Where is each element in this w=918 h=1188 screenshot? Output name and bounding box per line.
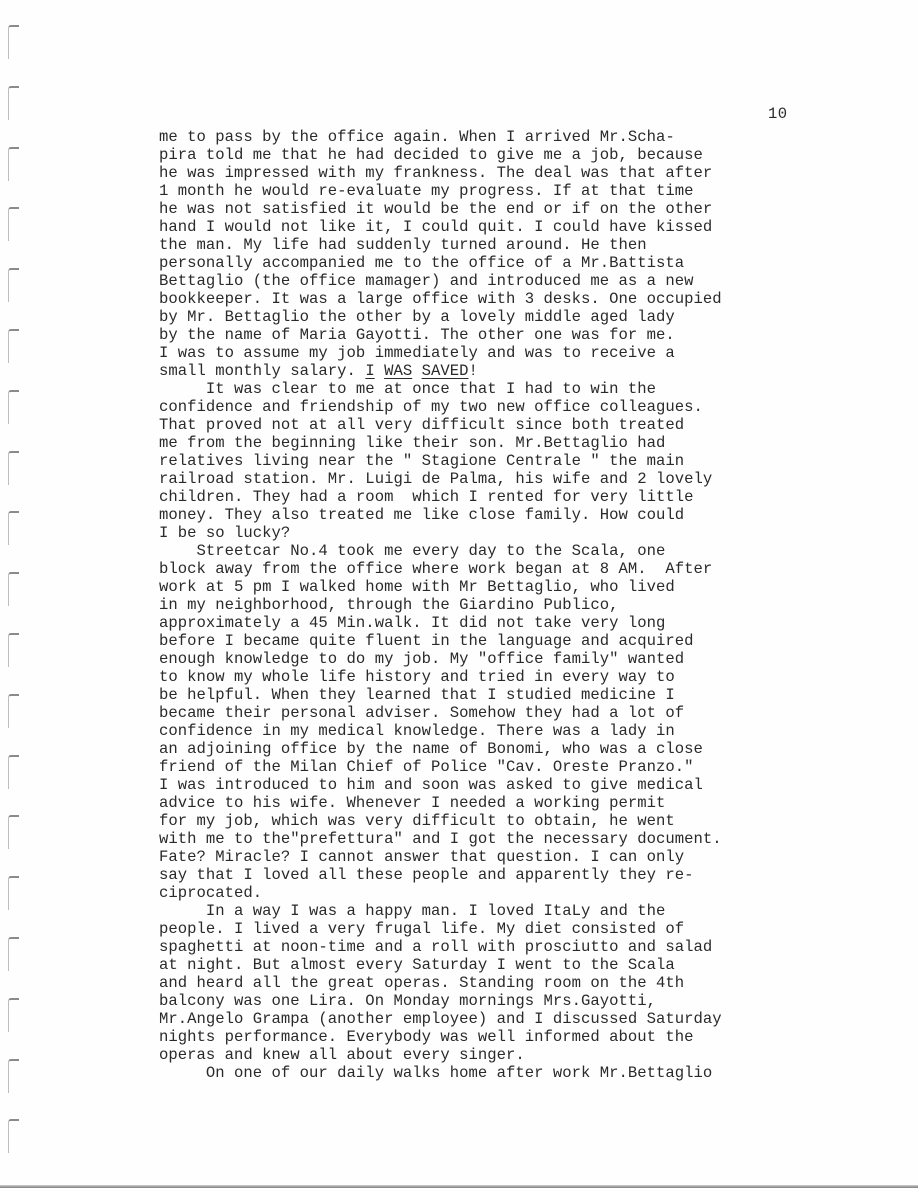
text-line: operas and knew all about every singer. [159,1046,859,1064]
text-line: Mr.Angelo Grampa (another employee) and … [159,1010,859,1028]
text-line: approximately a 45 Min.walk. It did not … [159,614,859,632]
text-line: personally accompanied me to the office … [159,254,859,272]
text-line: Fate? Miracle? I cannot answer that ques… [159,848,859,866]
text-line: by the name of Maria Gayotti. The other … [159,326,859,344]
binding-hole-mark [8,390,19,424]
text-line: I be so lucky? [159,524,859,542]
binding-hole-mark [8,998,19,1032]
text-line: to know my whole life history and tried … [159,668,859,686]
binding-hole-mark [8,1059,19,1093]
binding-hole-mark [8,329,19,363]
text-line: an adjoining office by the name of Bonom… [159,740,859,758]
text-line: advice to his wife. Whenever I needed a … [159,794,859,812]
binding-hole-mark [8,25,19,59]
text-line: say that I loved all these people and ap… [159,866,859,884]
text-line: confidence and friendship of my two new … [159,398,859,416]
binding-hole-mark [8,451,19,485]
text-line: me from the beginning like their son. Mr… [159,434,859,452]
text-line: me to pass by the office again. When I a… [159,128,859,146]
text-line: It was clear to me at once that I had to… [159,380,859,398]
binding-hole-mark [8,268,19,302]
binding-hole-mark [8,207,19,241]
text-line: for my job, which was very difficult to … [159,812,859,830]
underlined-word: I [365,362,374,380]
text-line: with me to the"prefettura" and I got the… [159,830,859,848]
text-line: That proved not at all very difficult si… [159,416,859,434]
text-line: by Mr. Bettaglio the other by a lovely m… [159,308,859,326]
binding-hole-mark [8,1119,19,1153]
text-line: 1 month he would re-evaluate my progress… [159,182,859,200]
binding-hole-mark [8,86,19,120]
text-line: before I became quite fluent in the lang… [159,632,859,650]
text-line: nights performance. Everybody was well i… [159,1028,859,1046]
text-line: ciprocated. [159,884,859,902]
text-line: Streetcar No.4 took me every day to the … [159,542,859,560]
text-line: people. I lived a very frugal life. My d… [159,920,859,938]
body-text: me to pass by the office again. When I a… [159,128,859,1082]
binding-hole-mark [8,755,19,789]
text-line: railroad station. Mr. Luigi de Palma, hi… [159,470,859,488]
binding-hole-mark [8,694,19,728]
text-line: I was to assume my job immediately and w… [159,344,859,362]
text-line: money. They also treated me like close f… [159,506,859,524]
text-line: In a way I was a happy man. I loved ItaL… [159,902,859,920]
text-line: friend of the Milan Chief of Police "Cav… [159,758,859,776]
text-line: pira told me that he had decided to give… [159,146,859,164]
text-line: and heard all the great operas. Standing… [159,974,859,992]
text-line: he was not satisfied it would be the end… [159,200,859,218]
typed-page: 10 me to pass by the office again. When … [0,0,918,1188]
binding-hole-mark [8,937,19,971]
page-number: 10 [768,105,788,123]
text-line: at night. But almost every Saturday I we… [159,956,859,974]
underlined-word: SAVED [422,362,469,380]
text-line: work at 5 pm I walked home with Mr Betta… [159,578,859,596]
text-line: confidence in my medical knowledge. Ther… [159,722,859,740]
binding-hole-mark [8,815,19,849]
text-line: the man. My life had suddenly turned aro… [159,236,859,254]
text-line: relatives living near the " Stagione Cen… [159,452,859,470]
binding-hole-mark [8,572,19,606]
text-line: he was impressed with my frankness. The … [159,164,859,182]
binding-hole-mark [8,511,19,545]
text-line: in my neighborhood, through the Giardino… [159,596,859,614]
text-line: On one of our daily walks home after wor… [159,1064,859,1082]
text-line: enough knowledge to do my job. My "offic… [159,650,859,668]
text-line: children. They had a room which I rented… [159,488,859,506]
text-line: I was introduced to him and soon was ask… [159,776,859,794]
text-line: became their personal adviser. Somehow t… [159,704,859,722]
text-line: Bettaglio (the office mamager) and intro… [159,272,859,290]
binding-hole-mark [8,876,19,910]
binding-hole-mark [8,147,19,181]
text-line: spaghetti at noon-time and a roll with p… [159,938,859,956]
binding-hole-mark [8,633,19,667]
text-line: small monthly salary. I WAS SAVED! [159,362,859,380]
text-line: block away from the office where work be… [159,560,859,578]
text-line: be helpful. When they learned that I stu… [159,686,859,704]
underlined-word: WAS [384,362,412,380]
text-line: bookkeeper. It was a large office with 3… [159,290,859,308]
text-line: hand I would not like it, I could quit. … [159,218,859,236]
text-line: balcony was one Lira. On Monday mornings… [159,992,859,1010]
